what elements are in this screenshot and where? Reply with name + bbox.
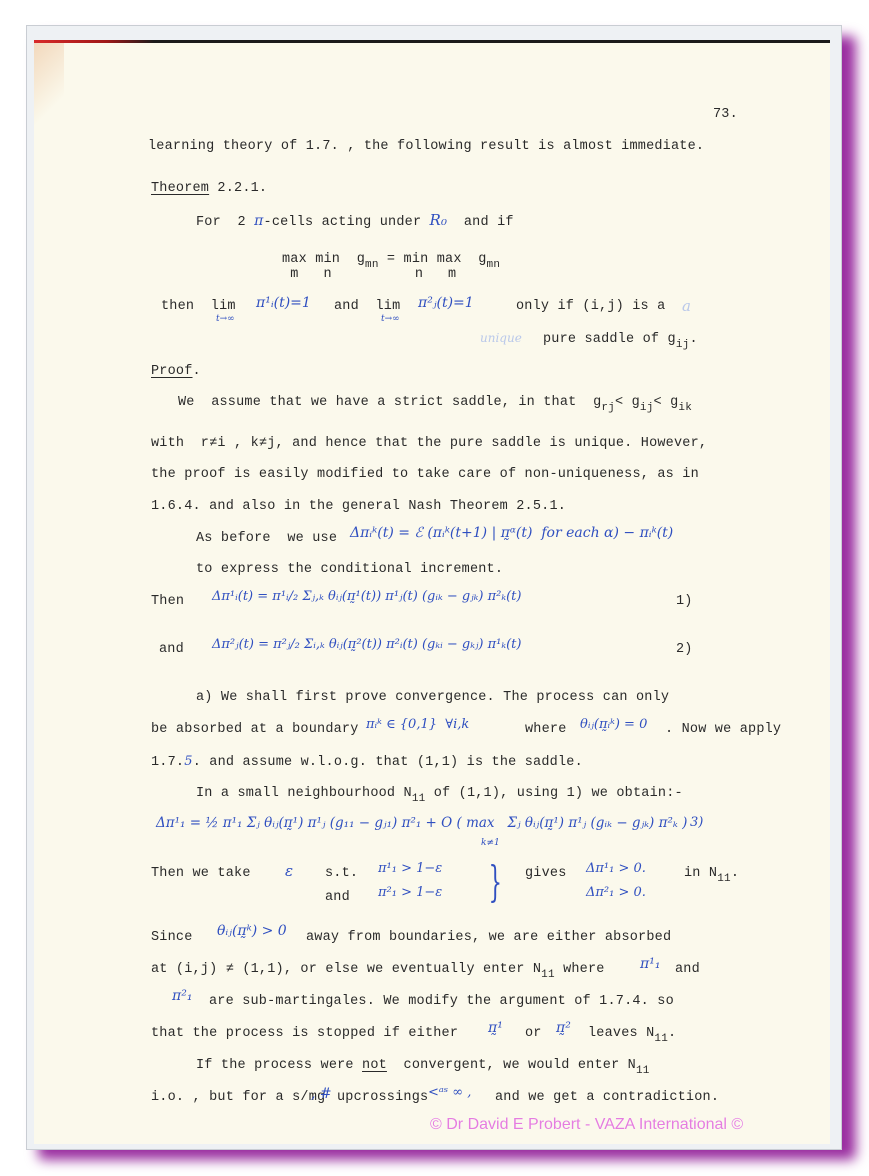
since-text: Since xyxy=(151,930,193,945)
in-N11-text: in N11. xyxy=(684,866,739,885)
text-line: that the process is stopped if either xyxy=(151,1026,458,1041)
text-line: with r≠i , k≠j, and hence that the pure … xyxy=(151,436,707,451)
handwritten-digit: 5 xyxy=(184,754,192,769)
text-line: We assume that we have a strict saddle, … xyxy=(178,395,692,414)
text-line: In a small neighbourhood N11 of (1,1), u… xyxy=(196,786,683,805)
then-we-take: Then we take xyxy=(151,866,251,881)
and-label: and xyxy=(159,642,184,657)
text-line: . Now we apply xyxy=(665,722,781,737)
text-line: learning theory of 1.7. , the following … xyxy=(148,139,704,154)
page-number: 73. xyxy=(713,107,738,122)
text-line: If the process were not convergent, we w… xyxy=(196,1058,650,1077)
handwritten-brace: } xyxy=(489,857,502,906)
theorem-statement-line: For 2 π-cells acting under R₀ and if xyxy=(196,211,514,230)
handwritten-equation-2: Δπ²ⱼ(t) = π²ⱼ/₂ Σᵢ,ₖ θᵢⱼ(π̰²(t)) π²ᵢ(t) … xyxy=(212,637,521,652)
handwritten-pi-vector-1: π̰¹ xyxy=(488,1020,503,1036)
theorem-heading: Theorem 2.2.1. xyxy=(151,181,267,196)
handwritten-equation-3: Δπ¹₁ = ½ π¹₁ Σⱼ θᵢⱼ(π̰¹) π¹ⱼ (g₁₁ − gⱼ₁)… xyxy=(156,815,687,831)
text-line: be absorbed at a boundary xyxy=(151,722,359,737)
handwritten-equation-1: Δπ¹ᵢ(t) = π¹ᵢ/₂ Σⱼ,ₖ θᵢⱼ(π̰¹(t)) π¹ⱼ(t) … xyxy=(212,589,521,604)
theorem-label: Theorem xyxy=(151,181,209,196)
text-line: a) We shall first prove convergence. The… xyxy=(196,690,669,705)
handwritten-less-than-infinity: <ᵃˢ ∞ , xyxy=(428,1085,471,1100)
handwritten-result-1: Δπ¹₁ > 0. xyxy=(586,861,646,876)
text-line: the proof is easily modified to take car… xyxy=(151,467,699,482)
equation-number-1: 1) xyxy=(676,594,693,609)
or-text: or xyxy=(525,1026,542,1041)
handwritten-epsilon: ε xyxy=(285,862,293,880)
handwritten-pi-1-1: π¹₁ xyxy=(640,956,660,972)
then-label: Then xyxy=(151,594,184,609)
text-line: 1.6.4. and also in the general Nash Theo… xyxy=(151,499,566,514)
underlined-not: not xyxy=(362,1058,387,1073)
text-line: 1.7.5. and assume w.l.o.g. that (1,1) is… xyxy=(151,754,583,770)
handwritten-max-sub: k≠1 xyxy=(481,838,500,848)
handwritten-limit-2: π²ⱼ(t)=1 xyxy=(418,295,474,311)
handwritten-condition-2: π²₁ > 1−ε xyxy=(378,885,442,900)
text-line: i.o. , but for a s/mg xyxy=(151,1090,325,1105)
handwritten-hash: , # xyxy=(311,1086,332,1102)
text-line: away from boundaries, we are either abso… xyxy=(306,930,671,945)
handwritten-limit-1: π¹ᵢ(t)=1 xyxy=(256,295,311,311)
equation-number-3: 3) xyxy=(690,815,703,830)
text-line: at (i,j) ≠ (1,1), or else we eventually … xyxy=(151,962,605,981)
minimax-subscripts: m n n m xyxy=(282,267,456,282)
where-text: where xyxy=(525,722,567,737)
then-lim-1: then lim xyxy=(161,299,236,314)
only-if-text: only if (i,j) is a xyxy=(516,299,665,314)
leaves-text: leaves N11. xyxy=(588,1026,676,1045)
handwritten-pi: π xyxy=(254,213,263,229)
text-line: and we get a contradiction. xyxy=(495,1090,719,1105)
handwritten-boundary: πᵢᵏ ∈ {0,1} ∀i,k xyxy=(366,717,469,732)
pure-saddle-text: pure saddle of gij. xyxy=(543,332,698,351)
handwritten-conditional-increment: Δπᵢᵏ(t) = ℰ (πᵢᵏ(t+1) | π̰ᵅ(t) for each … xyxy=(350,525,673,541)
gives-text: gives xyxy=(525,866,567,881)
text-line: to express the conditional increment. xyxy=(196,562,503,577)
handwritten-theta-positive: θᵢⱼ(π̰ᵏ) > 0 xyxy=(217,923,287,939)
equation-number-2: 2) xyxy=(676,642,693,657)
faded-handwriting-unique: unique xyxy=(480,331,522,345)
upcrossings-text: upcrossings xyxy=(337,1090,428,1105)
and-text: and xyxy=(325,890,350,905)
st-text: s.t. xyxy=(325,866,358,881)
handwritten-condition-1: π¹₁ > 1−ε xyxy=(378,861,442,876)
proof-heading: Proof. xyxy=(151,364,201,379)
and-text: and xyxy=(675,962,700,977)
handwritten-R0: R₀ xyxy=(430,211,448,229)
handwritten-lim-sub-1: t→∞ xyxy=(216,314,235,324)
text-line: are sub-martingales. We modify the argum… xyxy=(209,994,674,1009)
copyright-watermark: © Dr David E Probert - VAZA Internationa… xyxy=(430,1116,743,1134)
typed-manuscript-page: 73. learning theory of 1.7. , the follow… xyxy=(34,40,830,1144)
as-before-text: As before we use xyxy=(196,531,337,546)
faded-handwriting: a xyxy=(682,297,691,315)
theorem-number: 2.2.1. xyxy=(209,181,267,196)
handwritten-pi-vector-2: π̰² xyxy=(556,1020,571,1036)
handwritten-theta-zero: θᵢⱼ(π̰ᵢᵏ) = 0 xyxy=(580,717,647,732)
handwritten-result-2: Δπ²₁ > 0. xyxy=(586,885,646,900)
handwritten-pi-2-1: π²₁ xyxy=(172,988,192,1004)
and-lim-2: and lim xyxy=(334,299,400,314)
handwritten-lim-sub-2: t→∞ xyxy=(381,314,400,324)
